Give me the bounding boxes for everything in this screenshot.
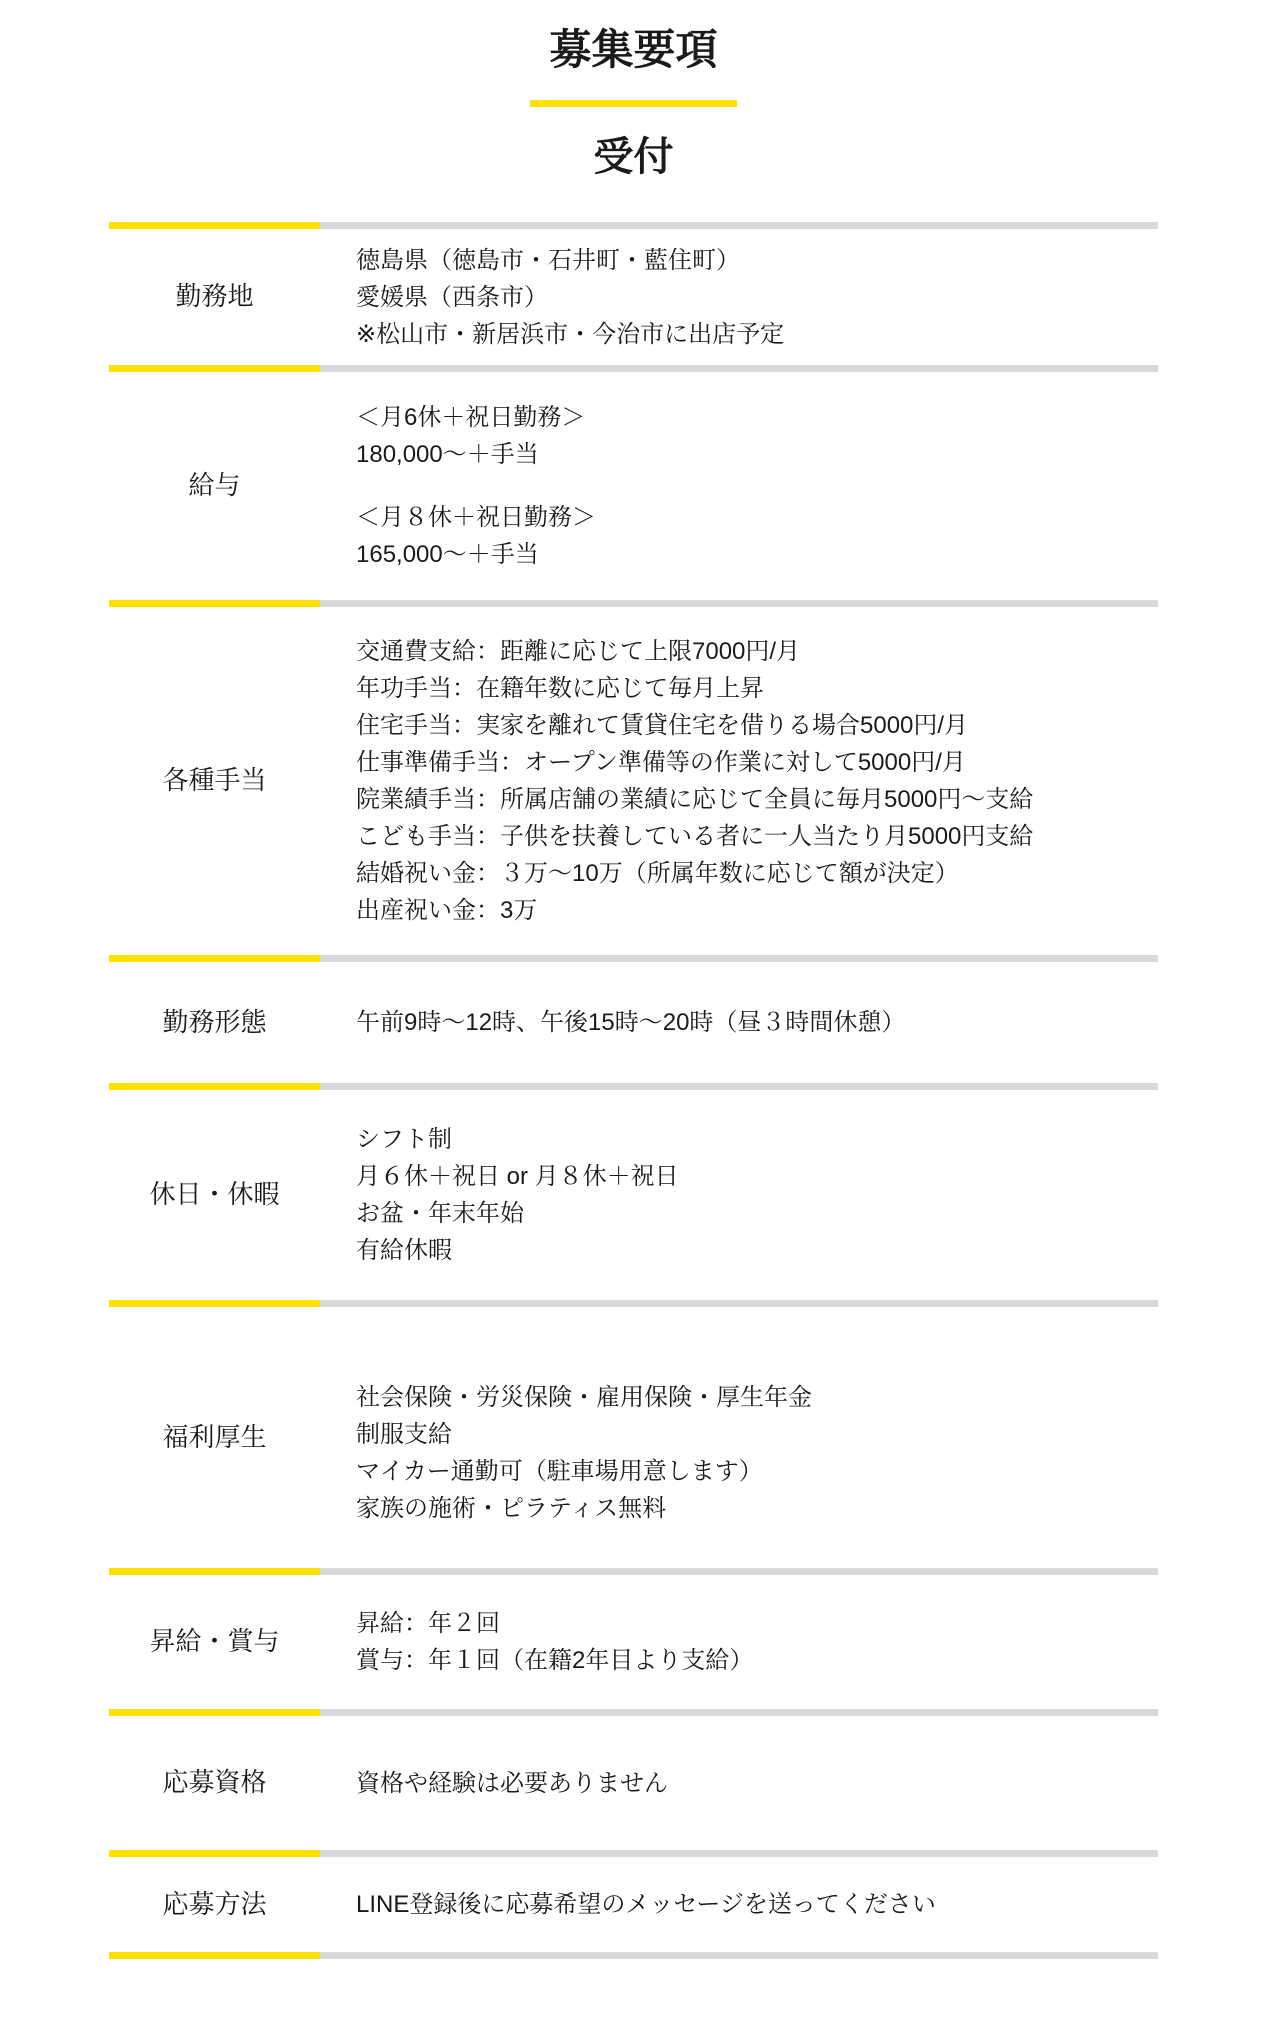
- row-label: 応募方法: [109, 1888, 320, 1922]
- table-row-qualifications: 応募資格 資格や経験は必要ありません: [109, 1716, 1158, 1850]
- row-label: 各種手当: [109, 764, 320, 798]
- content-line: ※松山市・新居浜市・今治市に出店予定: [356, 316, 1158, 353]
- content-line: 賞与：年１回（在籍2年目より支給）: [356, 1642, 1158, 1679]
- content-line: マイカー通勤可（駐車場用意します）: [356, 1453, 1158, 1490]
- content-line: 家族の施術・ピラティス無料: [356, 1490, 1158, 1527]
- table-row-raise-bonus: 昇給・賞与 昇給：年２回 賞与：年１回（在籍2年目より支給）: [109, 1575, 1158, 1709]
- table-row-benefits: 福利厚生 社会保険・労災保険・雇用保険・厚生年金 制服支給 マイカー通勤可（駐車…: [109, 1307, 1158, 1568]
- row-content: 午前9時〜12時、午後15時〜20時（昼３時間休憩）: [320, 1004, 1158, 1041]
- content-line: 出産祝い金：3万: [356, 892, 1158, 929]
- divider-gray-segment: [320, 222, 1158, 229]
- divider-accent-segment: [109, 1850, 320, 1857]
- divider-accent-segment: [109, 600, 320, 607]
- content-line: 交通費支給：距離に応じて上限7000円/月: [356, 633, 1158, 670]
- salary-option-1: ＜月6休＋祝日勤務＞ 180,000〜＋手当: [356, 399, 1158, 473]
- row-content: 社会保険・労災保険・雇用保険・厚生年金 制服支給 マイカー通勤可（駐車場用意しま…: [320, 1339, 1158, 1537]
- content-line: 有給休暇: [356, 1232, 1158, 1269]
- content-line: 住宅手当：実家を離れて賃貸住宅を借りる場合5000円/月: [356, 707, 1158, 744]
- row-content: LINE登録後に応募希望のメッセージを送ってください: [320, 1886, 1158, 1923]
- content-line: 結婚祝い金：３万〜10万（所属年数に応じて額が決定）: [356, 855, 1158, 892]
- table-row-holidays: 休日・休暇 シフト制 月６休＋祝日 or 月８休＋祝日 お盆・年末年始 有給休暇: [109, 1090, 1158, 1300]
- salary-option-2: ＜月８休＋祝日勤務＞ 165,000〜＋手当: [356, 499, 1158, 573]
- divider-accent-segment: [109, 1568, 320, 1575]
- content-line: 制服支給: [356, 1416, 1158, 1453]
- row-label: 福利厚生: [109, 1421, 320, 1455]
- row-label: 勤務地: [109, 280, 320, 314]
- content-line: LINE登録後に応募希望のメッセージを送ってください: [356, 1886, 1158, 1923]
- row-label: 応募資格: [109, 1766, 320, 1800]
- page-header: 募集要項 受付: [109, 0, 1158, 181]
- content-line: 午前9時〜12時、午後15時〜20時（昼３時間休憩）: [356, 1004, 1158, 1041]
- divider-accent-segment: [109, 1709, 320, 1716]
- content-line: ＜月８休＋祝日勤務＞: [356, 499, 1158, 536]
- divider-gray-segment: [320, 1709, 1158, 1716]
- divider-gray-segment: [320, 1300, 1158, 1307]
- content-line: 仕事準備手当：オープン準備等の作業に対して5000円/月: [356, 744, 1158, 781]
- row-divider: [109, 1850, 1158, 1857]
- table-row-how-to-apply: 応募方法 LINE登録後に応募希望のメッセージを送ってください: [109, 1857, 1158, 1952]
- table-row-work-location: 勤務地 徳島県（徳島市・石井町・藍住町） 愛媛県（西条市） ※松山市・新居浜市・…: [109, 229, 1158, 365]
- divider-gray-segment: [320, 1568, 1158, 1575]
- row-label: 勤務形態: [109, 1006, 320, 1040]
- page-subtitle: 受付: [109, 133, 1158, 181]
- row-divider: [109, 222, 1158, 229]
- divider-gray-segment: [320, 1850, 1158, 1857]
- page-title: 募集要項: [109, 25, 1158, 75]
- divider-gray-segment: [320, 600, 1158, 607]
- row-content: 昇給：年２回 賞与：年１回（在籍2年目より支給）: [320, 1605, 1158, 1679]
- table-row-work-hours: 勤務形態 午前9時〜12時、午後15時〜20時（昼３時間休憩）: [109, 962, 1158, 1083]
- row-content: シフト制 月６休＋祝日 or 月８休＋祝日 お盆・年末年始 有給休暇: [320, 1121, 1158, 1269]
- divider-accent-segment: [109, 1952, 320, 1959]
- content-line: お盆・年末年始: [356, 1195, 1158, 1232]
- row-divider: [109, 365, 1158, 372]
- content-line: こども手当：子供を扶養している者に一人当たり月5000円支給: [356, 818, 1158, 855]
- row-divider: [109, 600, 1158, 607]
- divider-accent-segment: [109, 1300, 320, 1307]
- divider-gray-segment: [320, 1083, 1158, 1090]
- content-line: シフト制: [356, 1121, 1158, 1158]
- row-divider: [109, 1300, 1158, 1307]
- divider-accent-segment: [109, 1083, 320, 1090]
- content-line: 資格や経験は必要ありません: [356, 1765, 1158, 1802]
- content-line: 月６休＋祝日 or 月８休＋祝日: [356, 1158, 1158, 1195]
- content-line: 年功手当：在籍年数に応じて毎月上昇: [356, 670, 1158, 707]
- row-label: 給与: [109, 469, 320, 503]
- content-line: 愛媛県（西条市）: [356, 279, 1158, 316]
- content-line: 社会保険・労災保険・雇用保険・厚生年金: [356, 1379, 1158, 1416]
- divider-gray-segment: [320, 1952, 1158, 1959]
- row-label: 休日・休暇: [109, 1178, 320, 1212]
- row-divider: [109, 1709, 1158, 1716]
- content-line: ＜月6休＋祝日勤務＞: [356, 399, 1158, 436]
- row-label: 昇給・賞与: [109, 1625, 320, 1659]
- divider-accent-segment: [109, 222, 320, 229]
- row-content: 交通費支給：距離に応じて上限7000円/月 年功手当：在籍年数に応じて毎月上昇 …: [320, 633, 1158, 929]
- row-content: 資格や経験は必要ありません: [320, 1765, 1158, 1802]
- row-divider: [109, 1083, 1158, 1090]
- table-bottom-divider: [109, 1952, 1158, 1959]
- row-content: ＜月6休＋祝日勤務＞ 180,000〜＋手当 ＜月８休＋祝日勤務＞ 165,00…: [320, 399, 1158, 573]
- content-line: 院業績手当：所属店舗の業績に応じて全員に毎月5000円〜支給: [356, 781, 1158, 818]
- divider-accent-segment: [109, 365, 320, 372]
- row-divider: [109, 955, 1158, 962]
- content-line: 徳島県（徳島市・石井町・藍住町）: [356, 242, 1158, 279]
- table-row-allowances: 各種手当 交通費支給：距離に応じて上限7000円/月 年功手当：在籍年数に応じて…: [109, 607, 1158, 955]
- content-line: 昇給：年２回: [356, 1605, 1158, 1642]
- divider-gray-segment: [320, 365, 1158, 372]
- content-line: 165,000〜＋手当: [356, 536, 1158, 573]
- recruitment-table: 勤務地 徳島県（徳島市・石井町・藍住町） 愛媛県（西条市） ※松山市・新居浜市・…: [109, 222, 1158, 1959]
- content-line: 180,000〜＋手当: [356, 436, 1158, 473]
- divider-accent-segment: [109, 955, 320, 962]
- divider-gray-segment: [320, 955, 1158, 962]
- table-row-salary: 給与 ＜月6休＋祝日勤務＞ 180,000〜＋手当 ＜月８休＋祝日勤務＞ 165…: [109, 372, 1158, 600]
- title-underline: [530, 100, 737, 107]
- row-content: 徳島県（徳島市・石井町・藍住町） 愛媛県（西条市） ※松山市・新居浜市・今治市に…: [320, 242, 1158, 353]
- row-divider: [109, 1568, 1158, 1575]
